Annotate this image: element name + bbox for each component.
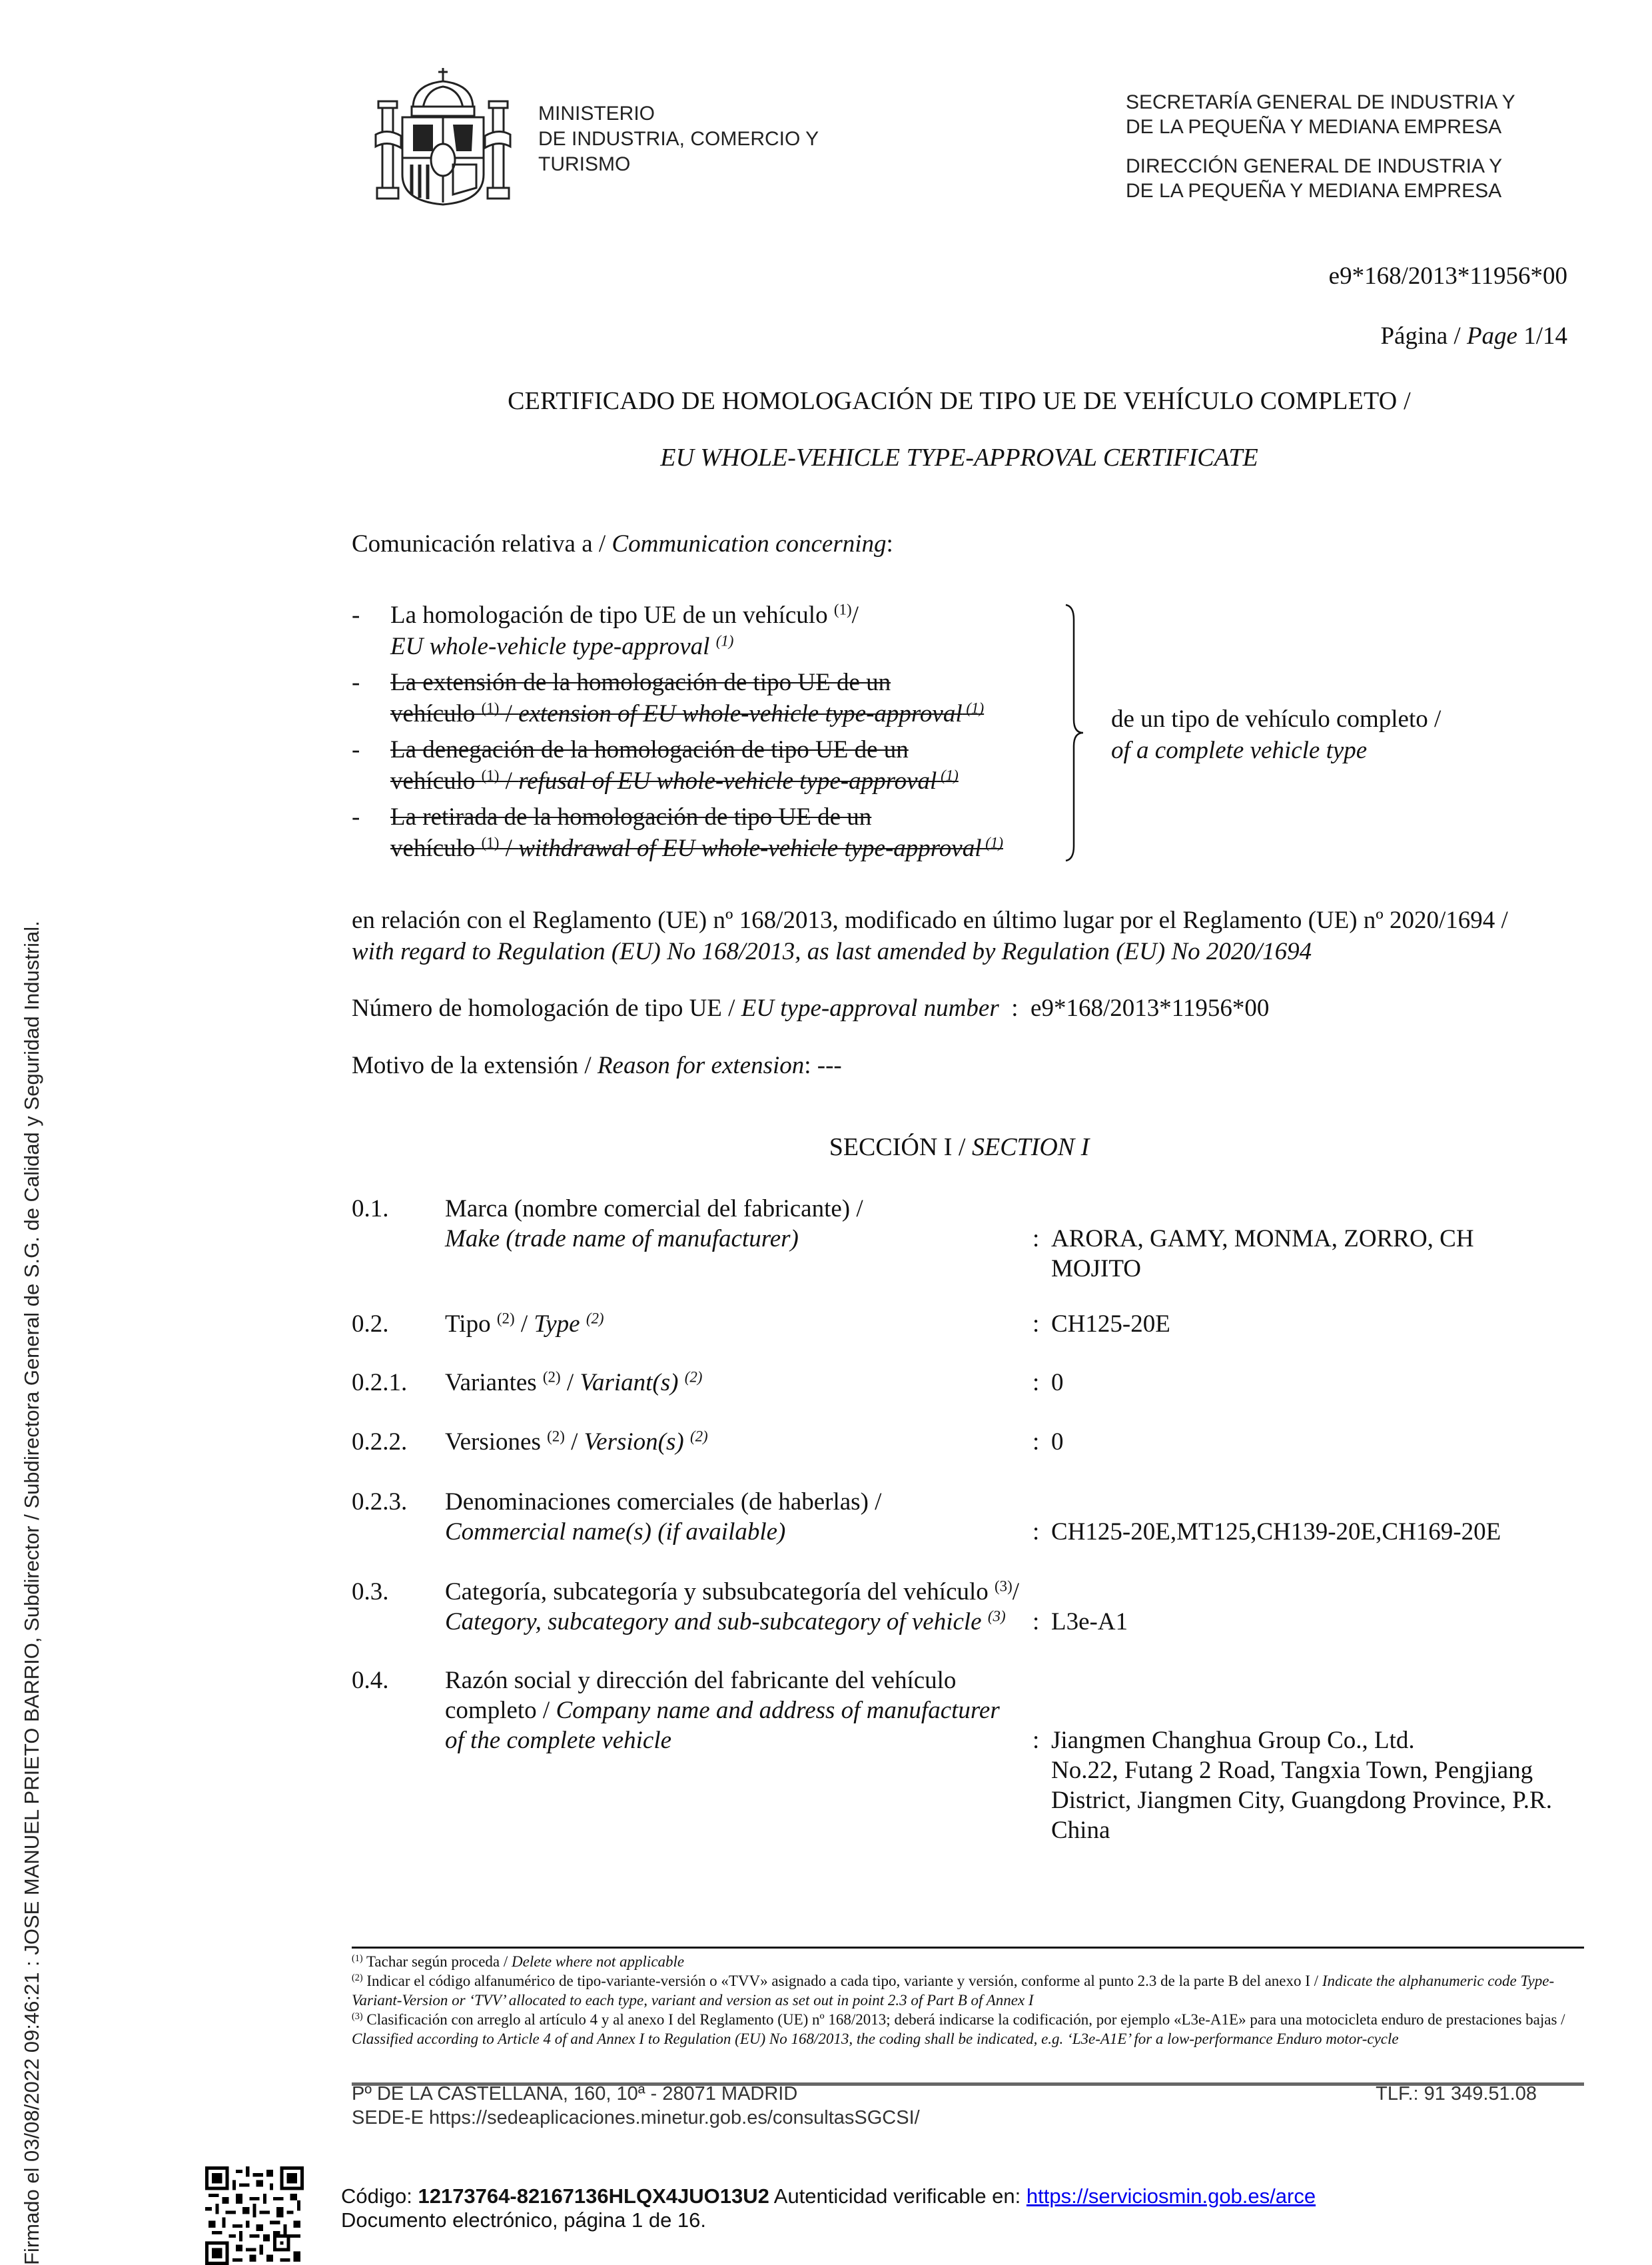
footnote-ref: (2) <box>497 1310 515 1326</box>
scope-text-en: of a complete vehicle type <box>1111 735 1441 766</box>
item-label-es: Variantes <box>445 1369 543 1396</box>
item-value: 0 <box>1051 1369 1064 1396</box>
option-text-es: vehículo <box>390 835 482 862</box>
item-value: CH125-20E,MT125,CH139-20E,CH169-20E <box>1051 1518 1501 1546</box>
footnote-ref: (2) <box>685 1368 703 1385</box>
item-value: 0 <box>1051 1428 1064 1456</box>
footnote-ref: (3) <box>995 1578 1013 1594</box>
section-title-es: SECCIÓN I / <box>829 1133 972 1161</box>
item-number: 0.2.1. <box>352 1368 407 1398</box>
communication-label: Comunicación relativa a / Communication … <box>352 528 893 560</box>
item-number: 0.3. <box>352 1577 389 1607</box>
footnote-text-es: Indicar el código alfanumérico de tipo-v… <box>363 1973 1322 1989</box>
separator: / <box>852 602 859 629</box>
page-label-en: Page <box>1467 322 1517 350</box>
office-phone: TLF.: 91 349.51.08 <box>1376 2083 1537 2105</box>
ta-label-es: Número de homologación de tipo UE / <box>352 995 741 1022</box>
footnote-ref: (2) <box>547 1428 565 1444</box>
option-withdrawal: - La retirada de la homologación de tipo… <box>352 801 1084 864</box>
item-label-es: completo / <box>445 1697 556 1724</box>
bullet-dash: - <box>352 734 360 765</box>
option-refusal: - La denegación de la homologación de ti… <box>352 734 1084 797</box>
verify-label: Autenticidad verificable en: <box>769 2184 1027 2208</box>
separator: / <box>499 835 518 862</box>
page-number-value: 1/14 <box>1523 322 1567 350</box>
footnote-ref: (1) <box>482 834 500 851</box>
certificate-title-es: CERTIFICADO DE HOMOLOGACIÓN DE TIPO UE D… <box>0 386 1652 416</box>
page-label-es: Página / <box>1380 322 1466 350</box>
option-text-en: extension of EU whole-vehicle type-appro… <box>518 700 962 727</box>
bullet-dash: - <box>352 600 360 631</box>
ta-value: e9*168/2013*11956*00 <box>1031 995 1269 1022</box>
item-label-en: Make (trade name of manufacturer) <box>445 1224 1111 1254</box>
section-title-en: SECTION I <box>972 1133 1089 1161</box>
footnote-ref: (1) <box>482 699 500 716</box>
office-address: Pº DE LA CASTELLANA, 160, 10ª - 28071 MA… <box>352 2083 797 2105</box>
item-number: 0.1. <box>352 1194 389 1224</box>
footnote-text-en: Delete where not applicable <box>512 1953 684 1970</box>
item-number: 0.2.2. <box>352 1427 407 1457</box>
signature-stamp: Firmado el 03/08/2022 09:46:21 : JOSE MA… <box>20 921 44 2265</box>
footnote-text-es: Clasificación con arreglo al artículo 4 … <box>363 2011 1565 2028</box>
bullet-dash: - <box>352 801 360 833</box>
option-text-es: La homologación de tipo UE de un vehícul… <box>390 602 834 629</box>
item-value: Jiangmen Changhua Group Co., Ltd. <box>1051 1727 1415 1754</box>
directorate-line: DE LA PEQUEÑA Y MEDIANA EMPRESA <box>1126 179 1515 203</box>
footnote-mark: (1) <box>352 1953 363 1964</box>
option-text-en: refusal of EU whole-vehicle type-approva… <box>518 767 937 795</box>
option-text-es: vehículo <box>390 767 482 795</box>
footnote-ref: (1) <box>716 632 734 649</box>
item-number: 0.2. <box>352 1309 389 1339</box>
footnotes: (1) Tachar según proceda / Delete where … <box>352 1952 1591 2048</box>
footnote-ref: (2) <box>543 1368 561 1385</box>
option-text-en: EU whole-vehicle type-approval <box>390 633 716 660</box>
option-text-en: withdrawal of EU whole-vehicle type-appr… <box>518 835 981 862</box>
option-text-es: La extensión de la homologación de tipo … <box>390 667 1084 698</box>
ministry-line: TURISMO <box>538 152 819 177</box>
reason-value: --- <box>817 1052 842 1079</box>
communication-options: - La homologación de tipo UE de un vehíc… <box>352 600 1084 869</box>
footnote-ref: (1) <box>937 767 958 783</box>
colon: : <box>887 530 893 558</box>
qr-code-icon[interactable] <box>205 2166 304 2265</box>
verification-info: Código: 12173764-82167136HLQX4JUO13U2 Au… <box>341 2184 1316 2232</box>
item-label-en: Variant(s) <box>580 1369 684 1396</box>
item-label-en: Type <box>534 1310 586 1338</box>
option-text-es: La denegación de la homologación de tipo… <box>390 734 1084 765</box>
spain-coat-of-arms-icon <box>373 61 513 208</box>
item-value: L3e-A1 <box>1051 1608 1128 1635</box>
item-label-es: Tipo <box>445 1310 497 1338</box>
option-text-es: La retirada de la homologación de tipo U… <box>390 801 1084 833</box>
communication-label-en: Communication concerning <box>612 530 886 558</box>
issuing-departments: SECRETARÍA GENERAL DE INDUSTRIA Y DE LA … <box>1126 90 1515 203</box>
option-text-es: vehículo <box>390 700 482 727</box>
regulation-text-es: en relación con el Reglamento (UE) nº 16… <box>352 905 1591 936</box>
electronic-page-info: Documento electrónico, página 1 de 16. <box>341 2208 1316 2232</box>
item-label-en: Company name and address of manufacturer <box>556 1697 999 1724</box>
certificate-title-en: EU WHOLE-VEHICLE TYPE-APPROVAL CERTIFICA… <box>0 443 1652 472</box>
vehicle-type-scope: de un tipo de vehículo completo / of a c… <box>1111 703 1441 766</box>
footnote-ref: (1) <box>834 601 852 618</box>
item-label-en: Version(s) <box>584 1428 690 1456</box>
footnote-1: (1) Tachar según proceda / Delete where … <box>352 1952 1591 1971</box>
item-value: CH125-20E <box>1051 1310 1170 1338</box>
ta-label-en: EU type-approval number <box>741 995 999 1022</box>
type-approval-number: Número de homologación de tipo UE / EU t… <box>352 993 1269 1024</box>
ministry-line: DE INDUSTRIA, COMERCIO Y <box>538 127 819 152</box>
footnote-divider <box>352 1947 1584 1949</box>
item-label-es: Razón social y dirección del fabricante … <box>445 1665 1178 1695</box>
communication-label-es: Comunicación relativa a / <box>352 530 612 558</box>
item-number: 0.2.3. <box>352 1487 407 1517</box>
item-value: District, Jiangmen City, Guangdong Provi… <box>1051 1787 1552 1814</box>
item-number: 0.4. <box>352 1665 389 1695</box>
footnote-text-es: Tachar según proceda / <box>363 1953 512 1970</box>
footnote-ref: (1) <box>963 699 984 716</box>
item-label-es: Versiones <box>445 1428 547 1456</box>
section-title: SECCIÓN I / SECTION I <box>0 1132 1652 1162</box>
reason-label-es: Motivo de la extensión / <box>352 1052 598 1079</box>
item-label-es: Categoría, subcategoría y subsubcategorí… <box>445 1578 995 1605</box>
footnote-mark: (3) <box>352 2011 363 2022</box>
verification-code: 12173764-82167136HLQX4JUO13U2 <box>418 2184 769 2208</box>
item-value: ARORA, GAMY, MONMA, ZORRO, CH <box>1051 1225 1474 1252</box>
footnote-ref: (2) <box>690 1428 708 1444</box>
electronic-office-url: SEDE-E https://sedeaplicaciones.minetur.… <box>352 2107 920 2129</box>
directorate-line: DIRECCIÓN GENERAL DE INDUSTRIA Y <box>1126 154 1515 179</box>
item-label-es: Marca (nombre comercial del fabricante) … <box>445 1194 1111 1224</box>
ministry-line: MINISTERIO <box>538 101 819 127</box>
footnote-2: (2) Indicar el código alfanumérico de ti… <box>352 1971 1591 2010</box>
regulation-reference: en relación con el Reglamento (UE) nº 16… <box>352 905 1591 967</box>
reason-label-en: Reason for extension <box>598 1052 804 1079</box>
code-label: Código: <box>341 2184 418 2208</box>
regulation-text-en: with regard to Regulation (EU) No 168/20… <box>352 936 1591 967</box>
item-label-es: Denominaciones comerciales (de haberlas)… <box>445 1487 1111 1517</box>
footnote-ref: (1) <box>982 834 1003 851</box>
item-value: China <box>1051 1817 1110 1844</box>
verification-link[interactable]: https://serviciosmin.gob.es/arce <box>1027 2184 1316 2208</box>
page-number: Página / Page 1/14 <box>1380 322 1567 350</box>
reference-code: e9*168/2013*11956*00 <box>1329 262 1567 290</box>
item-value: MOJITO <box>1051 1255 1141 1282</box>
secretariat-line: SECRETARÍA GENERAL DE INDUSTRIA Y <box>1126 90 1515 115</box>
footnote-ref: (3) <box>988 1607 1006 1624</box>
curly-brace-icon <box>1064 600 1091 866</box>
footnote-ref: (2) <box>586 1310 604 1326</box>
item-label-en: Commercial name(s) (if available) <box>445 1517 1111 1547</box>
option-extension: - La extensión de la homologación de tip… <box>352 667 1084 729</box>
item-label-en: Category, subcategory and sub-subcategor… <box>445 1608 988 1635</box>
scope-text-es: de un tipo de vehículo completo / <box>1111 703 1441 735</box>
reason-for-extension: Motivo de la extensión / Reason for exte… <box>352 1050 842 1081</box>
ministry-name: MINISTERIO DE INDUSTRIA, COMERCIO Y TURI… <box>538 101 819 177</box>
footnote-3: (3) Clasificación con arreglo al artícul… <box>352 2010 1591 2048</box>
separator: / <box>499 700 518 727</box>
item-value: No.22, Futang 2 Road, Tangxia Town, Peng… <box>1051 1757 1533 1784</box>
footnote-ref: (1) <box>482 767 500 783</box>
separator: / <box>499 767 518 795</box>
option-type-approval: - La homologación de tipo UE de un vehíc… <box>352 600 1084 662</box>
bullet-dash: - <box>352 667 360 698</box>
secretariat-line: DE LA PEQUEÑA Y MEDIANA EMPRESA <box>1126 115 1515 139</box>
footnote-mark: (2) <box>352 1973 363 1983</box>
footnote-text-en: Classified according to Article 4 of and… <box>352 2031 1399 2047</box>
